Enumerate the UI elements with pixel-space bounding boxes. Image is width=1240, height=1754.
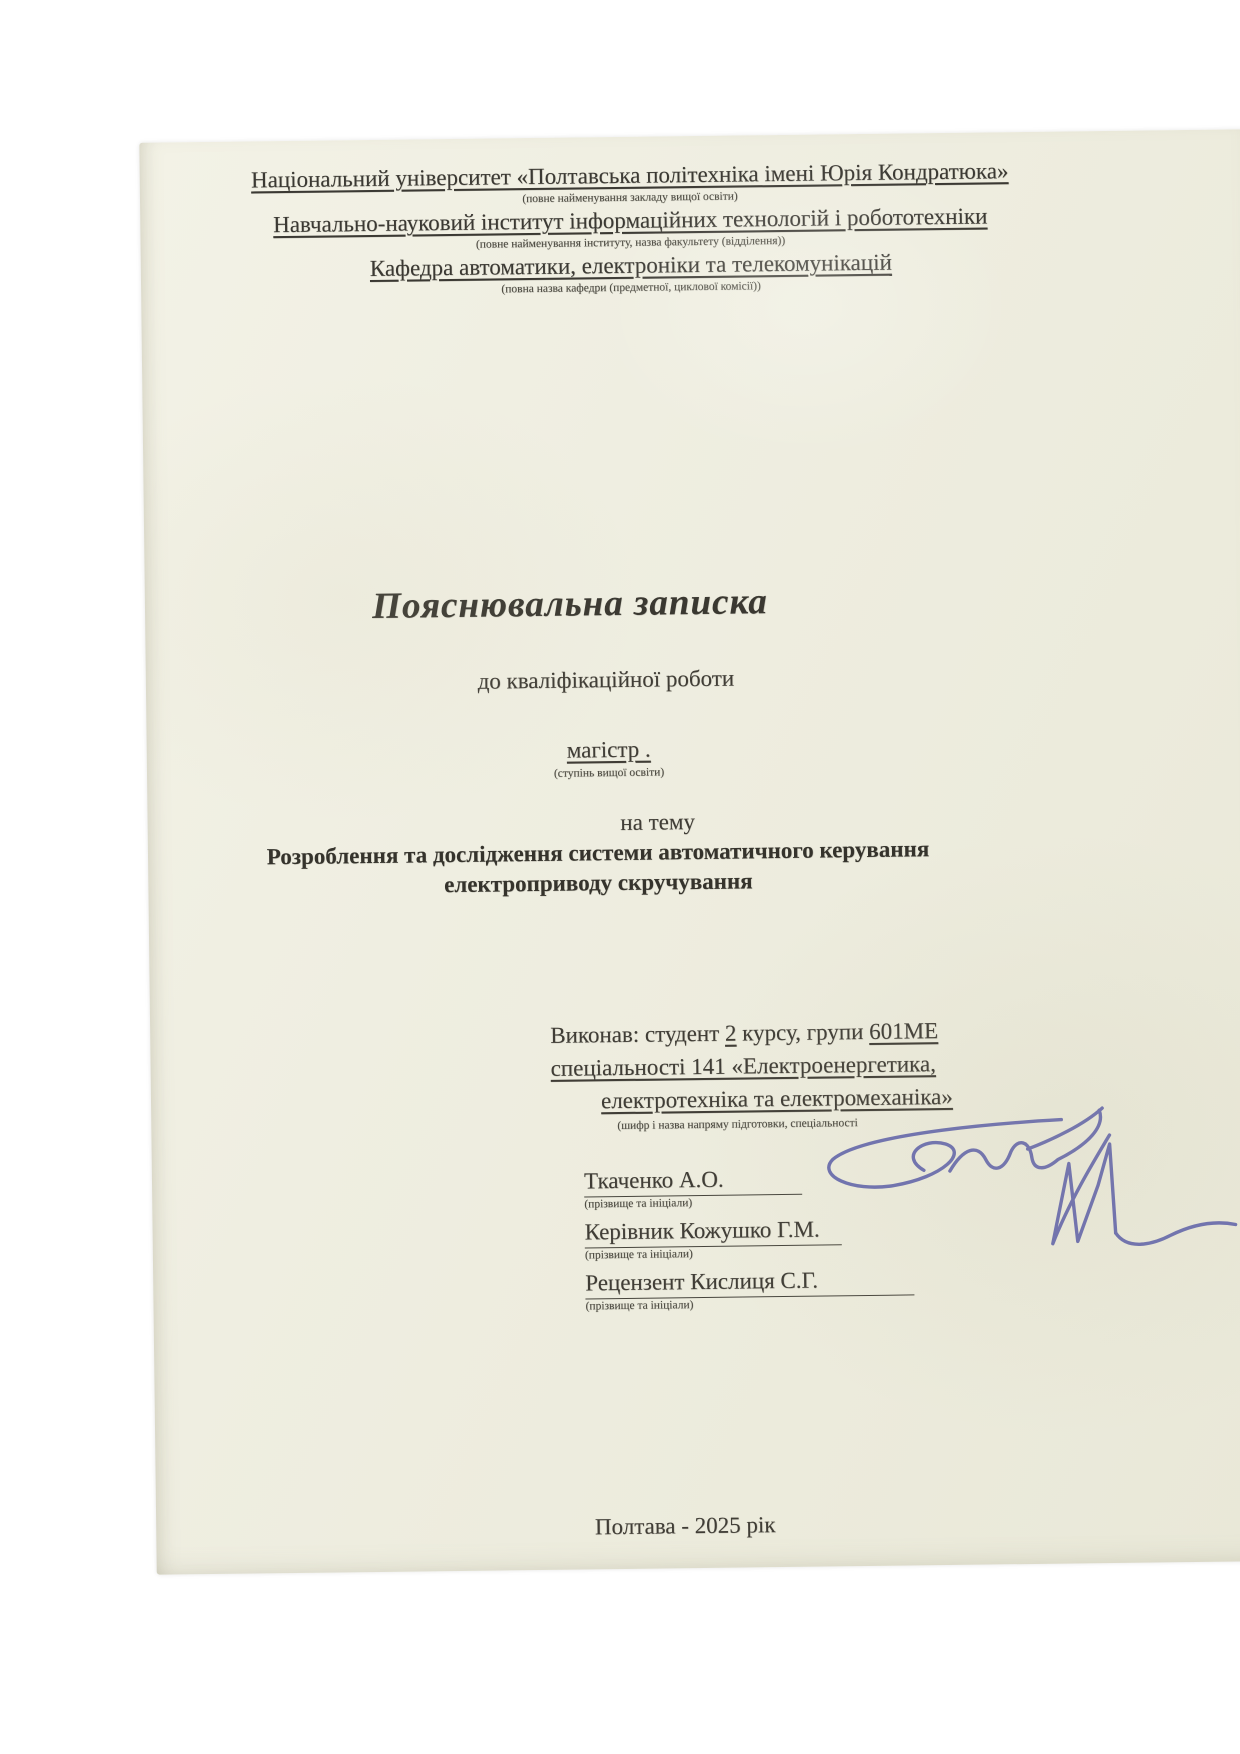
document-title: Пояснювальна записка: [145, 577, 995, 631]
executor-prefix: Виконав: студент: [550, 1021, 725, 1048]
signatory-name: Рецензент Кислиця С.Г.: [585, 1264, 914, 1299]
theme-title: Розроблення та дослідження системи автом…: [148, 833, 1049, 904]
signatory-row: Ткаченко А.О. (прізвище та ініціали): [584, 1159, 1185, 1211]
signatory-name: Керівник Кожушко Г.М.: [584, 1214, 841, 1248]
degree-value: магістр .: [567, 737, 651, 763]
scanned-page-photo: Національний університет «Полтавська пол…: [0, 0, 1240, 1754]
footer-city-year: Полтава - 2025 рік: [156, 1505, 1214, 1548]
executor-group: 601МЕ: [869, 1018, 938, 1044]
executor-course: 2: [725, 1021, 737, 1046]
executor-caption: (шифр і назва напряму підготовки, спеціа…: [617, 1114, 1021, 1134]
signatory-name: Ткаченко А.О.: [584, 1164, 802, 1198]
executor-line-3: електротехніка та електромеханіка»: [601, 1079, 1021, 1117]
signatory-row: Керівник Кожушко Г.М. (прізвище та ініці…: [584, 1210, 1185, 1262]
signatories-block: Ткаченко А.О. (прізвище та ініціали) Кер…: [584, 1159, 1186, 1319]
executor-block: Виконав: студент 2 курсу, групи 601МЕ сп…: [550, 1013, 1021, 1135]
paper-sheet: Національний університет «Полтавська пол…: [139, 129, 1240, 1574]
document-subtitle: до кваліфікаційної роботи: [146, 660, 1066, 701]
institution-header: Національний університет «Полтавська пол…: [140, 155, 1122, 302]
signatory-row: Рецензент Кислиця С.Г. (прізвище та ініц…: [585, 1261, 1186, 1313]
title-page-content: Національний університет «Полтавська пол…: [139, 129, 1240, 1574]
executor-mid: курсу, групи: [736, 1019, 869, 1046]
